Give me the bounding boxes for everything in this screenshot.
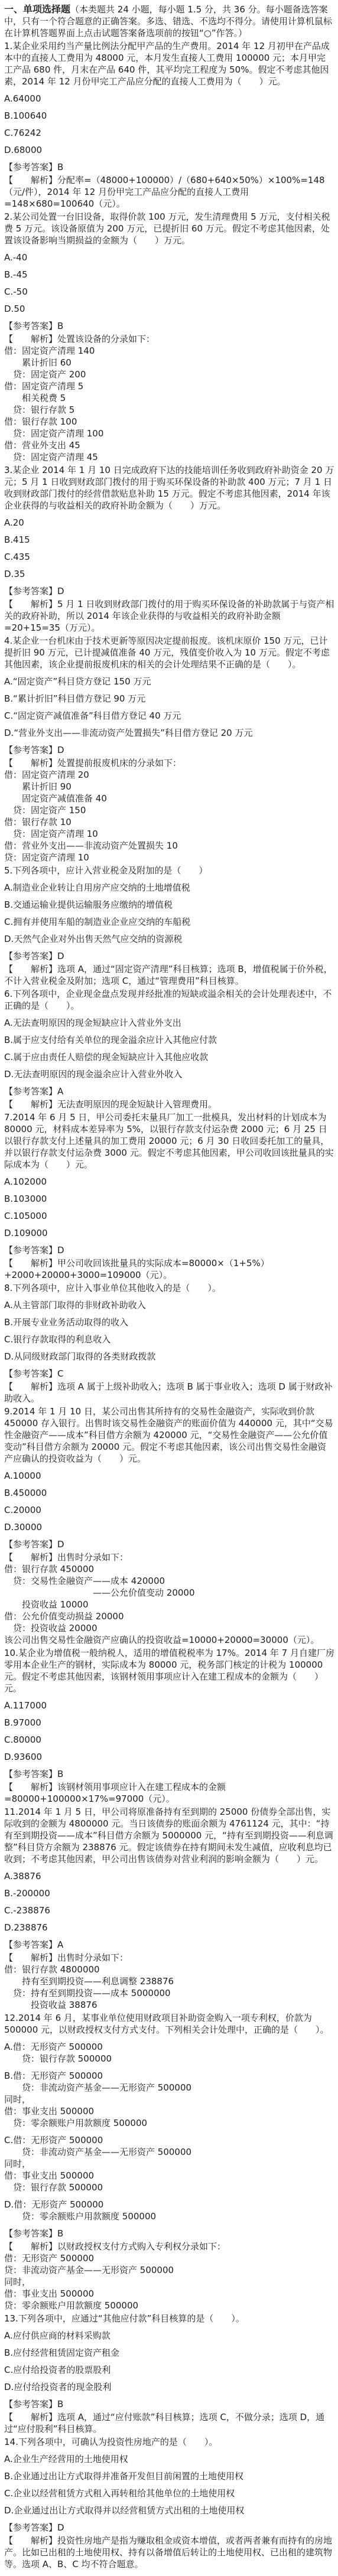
question-1-option-c: C.76242 [4,127,334,139]
question-12-answer-line: 【参考答案】B [4,2228,334,2239]
question-13-option-a: A.应付供应商的材料采购款 [4,2330,334,2342]
question-2-analysis-line: 借：营业外支出 45 [4,439,334,451]
question-6-analysis-line: 【 解析】无法查明原因的现金短缺计入管理费用。 [4,1098,334,1110]
question-2-analysis-line: 【 解析】处置该设备的分录如下： [4,333,334,345]
question-2-analysis-line: 借：银行存款 100 [4,416,334,428]
question-1-option-a: A.64000 [4,93,334,105]
question-5-option-b: B.交通运输业提供运输服务应缴纳的增值税 [4,899,334,911]
question-1-analysis-line: 【 解析】分配率=（48000+100000）/（680+640×50%）×10… [4,174,334,210]
question-12-analysis-line: 借：事业支出 500000 [4,2288,334,2300]
question-6-answer-line: 【参考答案】A [4,1085,334,1097]
question-11-analysis-line: 贷：持有至到期投资——成本 5000000 [4,1987,334,1999]
question-4-analysis-line: 累计折旧 90 [4,781,334,793]
question-8-option-d: D.从同级财政部门取得的各类财政拨款 [4,1351,334,1362]
question-12-analysis-line: 借：无形资产 500000 [4,2252,334,2264]
question-7-analysis-line: 【 解析】甲公司收回该批量具的实际成本=80000×（1+5%）+2000+20… [4,1257,334,1281]
question-14-option-b: B.企业通过出让方式取得并准备开发但目前闲置的土地使用权 [4,2470,334,2482]
question-10-analysis-line: 【 解析】该钢材领用事项应计入在建工程成本的金额=80000+100000×17… [4,1781,334,1805]
question-2-analysis-line: 贷：固定资产清理 45 [4,451,334,463]
question-11-option-b: B.-200000 [4,1887,334,1899]
question-12-analysis-line: 贷：非流动资产基金——无形资产 500000 [4,2264,334,2276]
question-8-stem: 8.下列各项中，应计入事业单位其他收入的是（ ）。 [4,1282,334,1294]
question-1-answer-line: 【参考答案】B [4,161,334,173]
question-6-stem: 6.下列各项中，企业现金盘点发现并经批准的短缺或溢余相关的会计处理表述中，不正确… [4,988,334,1012]
question-12-option-a: A.借：无形资产 500000 贷：银行存款 500000 [4,2041,334,2065]
question-13-option-b: B.应付经营租赁固定资产租金 [4,2347,334,2359]
question-9-option-d: D.30000 [4,1521,334,1533]
question-4-option-d: D.“营业外支出——非流动资产处置损失”科目借方登记 20 万元 [4,727,334,739]
question-11-option-a: A.38876 [4,1870,334,1882]
question-4-analysis-line: 借：银行存款 10 [4,816,334,828]
question-14-stem: 14.下列各项中，可确认为投资性房地产的是（ ）。 [4,2436,334,2448]
question-13-answer-line: 【参考答案】B [4,2398,334,2410]
question-5-answer-line: 【参考答案】D [4,950,334,962]
question-1-stem: 1.某企业采用约当产量比例法分配甲产品的生产费用。2014 年 12 月初甲在产… [4,40,334,87]
question-9-option-c: C.20000 [4,1504,334,1516]
question-4-analysis-line: 贷：固定资产清理 10 [4,828,334,840]
questions-list: 1.某企业采用约当产量比例法分配甲产品的生产费用。2014 年 12 月初甲在产… [4,40,334,2570]
question-13-option-c: C.应付给投资者的股票股利 [4,2364,334,2376]
question-1-option-d: D.68000 [4,144,334,156]
question-11-answer-line: 【参考答案】A [4,1939,334,1951]
question-3-option-a: A.20 [4,517,334,529]
section-title: 一、单项选择题 [4,4,70,15]
question-12-option-b: B.借：无形资产 500000 贷：非流动资产基金——无形资产 500000 同… [4,2070,334,2129]
question-5-option-c: C.拥有并使用车船的制造业企业应交纳的车船税 [4,916,334,928]
question-5-stem: 5.下列各项中，应计入营业税金及附加的是（ ） [4,865,334,876]
question-6-option-c: C.属于应由责任人赔偿的现金短缺应计入其他应收款 [4,1051,334,1063]
question-2-analysis-line: 相关税费 5 [4,392,334,404]
question-9-analysis-line: 投资收益 10000 [4,1599,334,1610]
question-14-option-c: C.企业以经营租赁方式租入再转租给其他单位的土地使用权 [4,2487,334,2499]
question-11-option-d: D.238876 [4,1922,334,1933]
question-9-answer-line: 【参考答案】D [4,1538,334,1550]
question-9-option-b: B.450000 [4,1487,334,1499]
question-9-analysis-line: 贷：交易性金融资产——成本 420000 [4,1575,334,1587]
question-6-option-b: B.属于应支付给有关单位的现金溢余应计入其他应付款 [4,1034,334,1046]
question-5-option-a: A.制造业企业转让自用房产应交纳的土地增值税 [4,882,334,894]
question-7-option-a: A.102000 [4,1176,334,1188]
question-7-option-d: D.109000 [4,1227,334,1239]
question-8-option-a: A.从主管部门取得的非财政补助收入 [4,1299,334,1311]
question-2-option-c: C.-50 [4,286,334,298]
question-7-option-b: B.103000 [4,1193,334,1205]
question-2-option-a: A.-40 [4,252,334,263]
question-10-option-b: B.97000 [4,1717,334,1729]
question-3-stem: 3.某企业 2014 年 1 月 10 日完成政府下达的技能培训任务收到政府补助… [4,464,334,511]
question-13-stem: 13.下列各项中，应通过“其他应付款”科目核算的是（ ）。 [4,2313,334,2324]
question-10-option-d: D.93600 [4,1751,334,1763]
question-2-stem: 2.某公司处置一台旧设备，取得价款 100 万元，发生清理费用 5 万元，支付相… [4,211,334,246]
question-11-analysis-line: 投资收益 38876 [4,1999,334,2011]
question-4-stem: 4.某企业一台机床由于技术更新等原因决定提前报废。该机床原价 150 万元，已计… [4,635,334,670]
question-8-option-b: B.开展专业业务活动取得的收入 [4,1316,334,1328]
question-7-stem: 7.2014 年 6 月 5 日，甲公司委托末量具厂加工一批模具，发出材料的计划… [4,1111,334,1170]
question-3-option-d: D.35 [4,568,334,580]
question-8-option-c: C.银行存款取得的利息收入 [4,1333,334,1345]
question-1-option-b: B.100640 [4,110,334,122]
question-10-option-a: A.117000 [4,1700,334,1711]
question-12-analysis-line: 【 解析】以财政授权支付方式购入专利权分录如下： [4,2241,334,2252]
question-9-analysis-line: 贷：投资收益 20000 [4,1622,334,1634]
question-4-analysis-line: 借：固定资产清理 20 [4,769,334,781]
question-4-analysis-line: 【 解析】处置提前报废机床的分录如下： [4,757,334,769]
question-2-analysis-line: 借：固定资产清理 140 [4,345,334,357]
question-5-analysis-line: 【 解析】选项 A，通过“固定资产清理”科目核算；选项 B，增值税属于价外税，不… [4,963,334,987]
question-9-analysis-line: 该公司出售交易性金融资产应确认的投资收益=10000+20000=30000（元… [4,1634,334,1646]
question-7-answer-line: 【参考答案】D [4,1244,334,1256]
question-12-analysis-line: 贷：零余额账户用款额度 500000 [4,2300,334,2311]
question-2-analysis-line: 贷：银行存款 5 [4,404,334,416]
question-3-answer-line: 【参考答案】D [4,585,334,597]
question-14-option-a: A.企业生产经营用的土地使用权 [4,2453,334,2465]
question-4-analysis-line: 贷：固定资产 150 [4,804,334,816]
question-12-option-c: C.借：无形资产 500000 贷：非流动资产基金——无形资产 500000 同… [4,2134,334,2193]
question-4-option-a: A.“固定资产”科目贷方登记 150 万元 [4,676,334,687]
question-11-analysis-line: 持有至到期投资——利息调整 238876 [4,1975,334,1987]
question-4-analysis-line: 借：营业外支出——非流动资产处置损失 10 [4,840,334,852]
question-2-option-d: D.50 [4,303,334,315]
exam-page: { "page": { "background": "#ffffff", "te… [0,0,338,2576]
question-4-analysis-line: 贷：固定资产清理 10 [4,852,334,863]
question-14-answer-line: 【参考答案】D [4,2522,334,2533]
question-2-option-b: B.-45 [4,269,334,281]
question-3-option-c: C.435 [4,551,334,563]
question-11-analysis-line: 【 解析】出售时分录如下： [4,1952,334,1964]
question-2-analysis-line: 贷：固定资产 200 [4,369,334,380]
question-3-analysis-line: 【 解析】5 月 1 日收到财政部门拨付的用于购买环保设备的补助款属于与资产相关… [4,598,334,634]
question-2-analysis-line: 贷：固定资产清理 100 [4,428,334,439]
question-14-analysis-line: 【 解析】投资性房地产是指为赚取租金或资本增值，或者两者兼有而持有的房地产。比如… [4,2535,334,2570]
question-2-analysis-line: 借：固定资产清理 5 [4,380,334,392]
exam-document: 一、单项选择题（本类题共 24 小题，每小题 1.5 分，共 36 分。每小题备… [0,0,338,2576]
question-7-option-c: C.105000 [4,1210,334,1222]
question-9-stem: 9.2014 年 1 月 10 日，某公司出售其所持有的交易性金融资产，实际收到… [4,1406,334,1465]
question-10-stem: 10.某企业为增值税一般纳税人，适用的增值税税率为 17%。2014 年 7 月… [4,1647,334,1694]
question-6-option-a: A.无法查明原因的现金短缺应计入营业外支出 [4,1017,334,1029]
question-6-option-d: D.无法查明原因的现金溢余应计入营业外收入 [4,1068,334,1080]
question-13-analysis-line: 【 解析】选项 A，通过“应付账款”科目核算；选项 C，不做分录；选项 D，通过… [4,2411,334,2435]
question-4-analysis-line: 固定资产减值准备 40 [4,793,334,804]
question-8-analysis-line: 【 解析】选项 A 属于上级补助收入；选项 B 属于事业收入；选项 D 属于财政… [4,1381,334,1404]
question-13-option-d: D.应付给投资者的现金股利 [4,2381,334,2393]
question-12-stem: 12.2014 年 6 月，某事业单位使用财政项目补助资金购入一项专利权，价款为… [4,2012,334,2036]
question-11-stem: 11.2014 年 1 月 5 日，甲公司将原准备持有至到期的 25000 份债… [4,1806,334,1865]
question-4-option-c: C.“固定资产减值准备”科目借方登记 40 万元 [4,710,334,722]
question-5-option-d: D.天然气企业对外出售天然气应交纳的资源税 [4,933,334,945]
section-header: 一、单项选择题（本类题共 24 小题，每小题 1.5 分，共 36 分。每小题备… [4,4,334,39]
question-2-analysis-line: 累计折旧 60 [4,357,334,369]
question-12-analysis-line: 同时， [4,2276,334,2288]
question-8-answer-line: 【参考答案】C [4,1368,334,1380]
question-10-option-c: C.80000 [4,1734,334,1746]
question-9-analysis-line: ——公允价值变动 20000 [4,1587,334,1599]
question-11-option-c: C.-238876 [4,1905,334,1916]
question-3-option-b: B.415 [4,534,334,546]
question-9-analysis-line: 借：公允价值变动损益 20000 [4,1610,334,1622]
question-9-option-a: A.10000 [4,1470,334,1482]
question-10-answer-line: 【参考答案】B [4,1768,334,1780]
question-4-option-b: B.“累计折旧”科目借方登记 90 万元 [4,693,334,705]
question-14-option-d: D.企业通过出让方式取得并以经营租赁方式出租的土地使用权 [4,2505,334,2516]
question-12-option-d: D.借：无形资产 500000 贷：零余额账户用款额度 500000 [4,2199,334,2222]
question-2-answer-line: 【参考答案】B [4,320,334,332]
question-9-analysis-line: 借：银行存款 450000 [4,1563,334,1575]
question-9-analysis-line: 【 解析】出售时分录如下： [4,1551,334,1563]
question-4-answer-line: 【参考答案】D [4,744,334,756]
question-11-analysis-line: 借：银行存款 4800000 [4,1964,334,1975]
